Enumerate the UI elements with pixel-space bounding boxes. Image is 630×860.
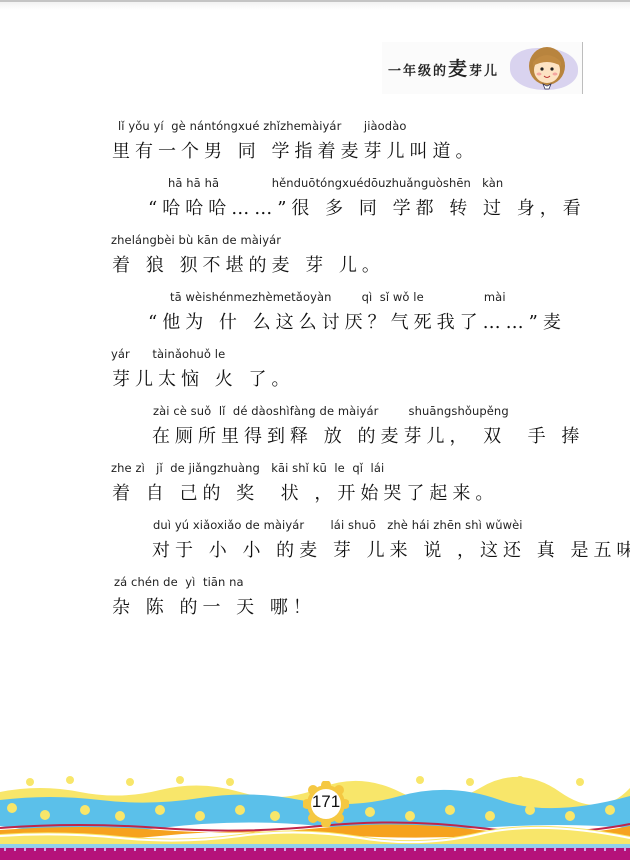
page-top-shadow: [0, 2, 630, 10]
book-title: 一年级的麦芽儿: [388, 54, 499, 81]
hanzi-line: 在厕所里得到释 放 的麦芽儿， 双 手 捧: [152, 422, 584, 448]
book-title-prefix: 一年级的: [388, 64, 448, 79]
pinyin-line: zá chén de yì tiān na: [114, 575, 244, 589]
hanzi-line: 杂 陈 的一 天 哪！: [112, 593, 316, 619]
hanzi-line: 对于 小 小 的麦 芽 儿来 说 ，这还 真 是五味: [152, 536, 630, 562]
book-title-big-char: 麦: [448, 58, 469, 80]
hanzi-line: “他为 什 么这么讨厌？气死我了……”麦: [148, 308, 566, 334]
book-title-header: 一年级的麦芽儿: [382, 42, 583, 94]
pinyin-line: lǐ yǒu yí gè nántóngxué zhǐzhemàiyár jià…: [118, 119, 407, 133]
girl-face-icon: [522, 44, 572, 92]
hanzi-line: 芽儿太恼 火 了。: [112, 365, 294, 391]
pinyin-line: zhelángbèi bù kān de màiyár: [111, 233, 281, 247]
hanzi-line: 着 自 己的 奖 状 ，开始哭了起来。: [112, 479, 498, 505]
pinyin-line: zhe zì jǐ de jiǎngzhuàng kāi shǐ kū le q…: [111, 461, 384, 475]
hanzi-line: “哈哈哈……”很 多 同 学都 转 过 身，看: [148, 194, 586, 220]
hanzi-line: 着 狼 狈不堪的麦 芽 儿。: [112, 251, 385, 277]
pinyin-line: duì yú xiǎoxiǎo de màiyár lái shuō zhè h…: [153, 518, 523, 532]
pinyin-line: hā hā hā hěnduōtóngxuédōuzhuǎnguòshēn kà…: [168, 176, 503, 190]
pinyin-line: tā wèishénmezhèmetǎoyàn qì sǐ wǒ le mài: [170, 290, 506, 304]
pinyin-line: zài cè suǒ lǐ dé dàoshìfàng de màiyár sh…: [153, 404, 509, 418]
page-number: 171: [303, 792, 349, 812]
book-title-suffix: 芽儿: [469, 64, 499, 79]
pinyin-line: yár tàinǎohuǒ le: [111, 347, 225, 361]
hanzi-line: 里有一个男 同 学指着麦芽儿叫道。: [112, 137, 478, 163]
